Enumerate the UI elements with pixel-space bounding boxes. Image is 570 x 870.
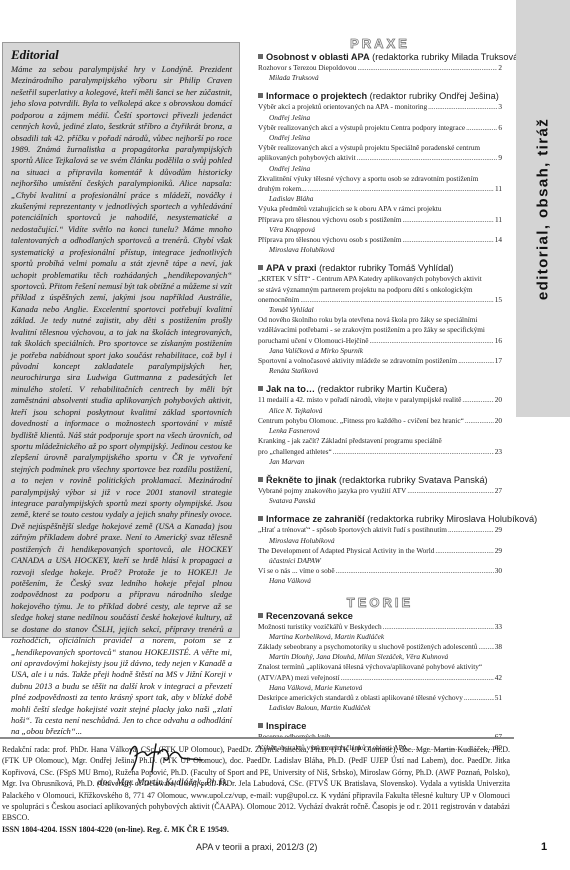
toc-entry-author: Tomáš Vyhlídal (258, 305, 502, 315)
toc-entry-line: (ATV/APA) mezi veřejností42 (258, 673, 502, 683)
editorial-box: Editorial Máme za sebou paralympijské hr… (2, 42, 240, 638)
toc-entry-line: onemocněním15 (258, 295, 502, 305)
toc-entry[interactable]: Ví se o nás ... víme o sobě30Hana Válkov… (258, 566, 502, 586)
toc-entry-title: onemocněním (258, 295, 299, 305)
toc-entry-author: Hana Válková (258, 576, 502, 586)
toc-entry-line: druhým rokem...11 (258, 184, 502, 194)
toc-entry-author: Miroslava Holubíková (258, 245, 502, 255)
dot-leader (464, 693, 494, 703)
dot-leader (333, 447, 494, 457)
toc-group: Řekněte to jinak (redaktorka rubriky Sva… (258, 475, 502, 506)
toc-entry-line: aplikovaných pohybových aktivit9 (258, 153, 502, 163)
toc-entry-title: Rozhovor s Terezou Diepoldovou (258, 63, 356, 73)
toc-page-number: 9 (498, 153, 502, 163)
square-bullet-icon (258, 516, 263, 521)
rubric-name: Jak na to… (266, 384, 315, 394)
toc-page-number: 30 (495, 566, 502, 576)
toc-group: Jak na to… (redaktor rubriky Martin Kuče… (258, 384, 502, 466)
toc-page-number: 2 (498, 63, 502, 73)
toc-entry-title-line: Zkvalitnění výuky tělesné výchovy a spor… (258, 174, 502, 184)
dot-leader (402, 215, 493, 225)
toc-entry-title-line: se stává významným partnerem projektu na… (258, 285, 502, 295)
toc-entry-author: Martin Dlouhý, Jana Dlouhá, Milan Slezáč… (258, 652, 502, 662)
dot-leader (465, 416, 494, 426)
impressum: Redakční rada: prof. PhDr. Hana Válková,… (2, 744, 510, 835)
dot-leader (383, 622, 494, 632)
toc-entry[interactable]: The Development of Adapted Physical Acti… (258, 546, 502, 566)
toc-section-heading: PRAXE (258, 36, 502, 51)
toc-entry[interactable]: Vybrané pojmy znakového jazyka pro využi… (258, 486, 502, 506)
toc-entry-title-line: Od nového školního roku byla otevřena no… (258, 315, 502, 325)
square-bullet-icon (258, 477, 263, 482)
toc-entry-title: aplikovaných pohybových aktivit (258, 153, 356, 163)
toc-entry-title: Sportovní a volnočasové aktivity mládeže… (258, 356, 457, 366)
toc-entry[interactable]: 11 medailí a 42. místo v pořadí národů, … (258, 395, 502, 415)
toc-entry-title: Vybrané pojmy znakového jazyka pro využi… (258, 486, 406, 496)
toc-entry-author: Renáta Staňková (258, 366, 502, 376)
toc-group-title: Recenzovaná sekce (258, 611, 502, 622)
toc-entry-line: Sportovní a volnočasové aktivity mládeže… (258, 356, 502, 366)
toc-page-number: 16 (495, 336, 502, 346)
editorial-title: Editorial (11, 47, 232, 63)
rubric-name: Osobnost v oblasti APA (266, 52, 370, 62)
rubric-editor: (redaktor rubriky Tomáš Vyhlídal) (317, 263, 454, 273)
toc-entry-title: Příprava pro tělesnou výchovu osob s pos… (258, 235, 401, 245)
rubric-name: Inspirace (266, 721, 306, 731)
toc-entry[interactable]: Deskripce amerických standardů z oblasti… (258, 693, 502, 713)
dot-leader (466, 123, 497, 133)
toc-page-number: 15 (495, 295, 502, 305)
toc-entry-line: „Hrať a trénovať“ - spôsob športových ak… (258, 525, 502, 535)
dot-leader (357, 63, 497, 73)
dot-leader (435, 546, 493, 556)
dot-leader (478, 642, 493, 652)
toc-entry-line: The Development of Adapted Physical Acti… (258, 546, 502, 556)
square-bullet-icon (258, 54, 263, 59)
toc-entry-line: Příprava pro tělesnou výchovu osob s pos… (258, 235, 502, 245)
table-of-contents: PRAXEOsobnost v oblasti APA (redaktorka … (258, 36, 502, 761)
toc-entry-author: Hana Válková, Marie Kunetová (258, 683, 502, 693)
toc-entry-title: Příprava pro tělesnou výchovu osob s pos… (258, 215, 401, 225)
dot-leader (462, 395, 493, 405)
issn-line: ISSN 1804-4204. ISSN 1804-4220 (on-line)… (2, 824, 510, 835)
rubric-editor: (redaktorka rubriky Miroslava Holubíková… (365, 514, 538, 524)
toc-page-number: 42 (495, 673, 502, 683)
toc-entry-title-line: Výběr realizovaných akcí a výstupů proje… (258, 143, 502, 153)
toc-group-title: Informace ze zahraničí (redaktorka rubri… (258, 514, 502, 525)
toc-group: Osobnost v oblasti APA (redaktorka rubri… (258, 52, 502, 83)
rubric-name: Informace ze zahraničí (266, 514, 365, 524)
toc-page-number: 33 (495, 622, 502, 632)
toc-entry-line: Vybrané pojmy znakového jazyka pro využi… (258, 486, 502, 496)
toc-entry-title: (ATV/APA) mezi veřejností (258, 673, 340, 683)
toc-entry-title: „Hrať a trénovať“ - spôsob športových ak… (258, 525, 447, 535)
toc-entry-line: Příprava pro tělesnou výchovu osob s pos… (258, 215, 502, 225)
toc-entry-author: Martina Korbelíková, Martin Kudláček (258, 632, 502, 642)
toc-entry-line: Možnosti turistiky vozíčkářů v Beskydech… (258, 622, 502, 632)
toc-page-number: 29 (495, 525, 502, 535)
dot-leader (308, 184, 494, 194)
toc-entry-title-line: Kranking - jak začít? Základní představe… (258, 436, 502, 446)
dot-leader (407, 486, 493, 496)
toc-entry-author: Lenka Fasnerová (258, 426, 502, 436)
toc-entry-author: Ondřej Ješina (258, 133, 502, 143)
toc-entry-title: Výběr realizovaných akcí a výstupů proje… (258, 123, 465, 133)
toc-entry[interactable]: Příprava pro tělesnou výchovu osob s pos… (258, 235, 502, 255)
rubric-name: Řekněte to jinak (266, 475, 336, 485)
square-bullet-icon (258, 386, 263, 391)
dot-leader (448, 525, 494, 535)
toc-entry-title-line: Výuka předmětů vztahujících se k oboru A… (258, 204, 502, 214)
rubric-name: Recenzovaná sekce (266, 611, 353, 621)
footer-divider (0, 737, 514, 739)
toc-page-number: 20 (495, 395, 502, 405)
toc-group: Recenzovaná sekceMožnosti turistiky vozí… (258, 611, 502, 714)
toc-entry[interactable]: „KRTEK V SÍTI“ - Centrum APA Katedry apl… (258, 274, 502, 315)
toc-group: Informace o projektech (redaktor rubriky… (258, 91, 502, 255)
impressum-text: Redakční rada: prof. PhDr. Hana Válková,… (2, 745, 510, 822)
toc-entry-author: Ondřej Ješina (258, 113, 502, 123)
rubric-editor: (redaktorka rubriky Svatava Panská) (336, 475, 487, 485)
toc-page-number: 11 (495, 184, 502, 194)
toc-entry-line: Základy sebeobrany a psychomotoriky u sl… (258, 642, 502, 652)
dot-leader (336, 566, 494, 576)
toc-group-title: Informace o projektech (redaktor rubriky… (258, 91, 502, 102)
square-bullet-icon (258, 93, 263, 98)
toc-entry[interactable]: Výuka předmětů vztahujících se k oboru A… (258, 204, 502, 235)
toc-group-title: Jak na to… (redaktor rubriky Martin Kuče… (258, 384, 502, 395)
side-tab-label: editorial, obsah, tiráž (535, 117, 552, 299)
section-side-tab: editorial, obsah, tiráž (516, 0, 570, 417)
toc-entry-title-line: vzdělávacími potřebami - se zrakovým pos… (258, 325, 502, 335)
toc-page-number: 20 (495, 416, 502, 426)
toc-entry[interactable]: Výběr realizovaných akcí a výstupů proje… (258, 123, 502, 143)
toc-entry-author: Svatava Panská (258, 496, 502, 506)
toc-group-title: Osobnost v oblasti APA (redaktorka rubri… (258, 52, 502, 63)
toc-entry-title: 11 medailí a 42. místo v pořadí národů, … (258, 395, 461, 405)
dot-leader (369, 336, 493, 346)
journal-citation: APA v teorii a praxi, 2012/3 (2) (196, 842, 317, 852)
toc-entry[interactable]: Základy sebeobrany a psychomotoriky u sl… (258, 642, 502, 662)
toc-entry-author: Milada Truksová (258, 73, 502, 83)
toc-entry-title: pro „challenged athletes“ (258, 447, 332, 457)
toc-entry-title: Výběr akcí a projektů orientovaných na A… (258, 102, 427, 112)
toc-entry[interactable]: Rozhovor s Terezou Diepoldovou2Milada Tr… (258, 63, 502, 83)
toc-entry-author: Jan Marvan (258, 457, 502, 467)
toc-entry-line: Ví se o nás ... víme o sobě30 (258, 566, 502, 576)
rubric-editor: (redaktorka rubriky Milada Truksová) (370, 52, 522, 62)
toc-page-number: 38 (495, 642, 502, 652)
toc-group-title: Řekněte to jinak (redaktorka rubriky Sva… (258, 475, 502, 486)
toc-entry-title: Možnosti turistiky vozíčkářů v Beskydech (258, 622, 382, 632)
dot-leader (458, 356, 494, 366)
toc-entry-author: Alice N. Tejkalová (258, 406, 502, 416)
toc-entry-line: pro „challenged athletes“23 (258, 447, 502, 457)
toc-group-title: Inspirace (258, 721, 502, 732)
toc-entry-line: Výběr realizovaných akcí a výstupů proje… (258, 123, 502, 133)
toc-entry-title: Základy sebeobrany a psychomotoriky u sl… (258, 642, 477, 652)
dot-leader (428, 102, 497, 112)
toc-entry[interactable]: Zkvalitnění výuky tělesné výchovy a spor… (258, 174, 502, 205)
toc-entry-title-line: Znalost termínů „aplikovaná tělesná vých… (258, 662, 502, 672)
toc-page-number: 3 (498, 102, 502, 112)
toc-entry-title-line: „KRTEK V SÍTI“ - Centrum APA Katedry apl… (258, 274, 502, 284)
dot-leader (341, 673, 494, 683)
toc-page-number: 11 (495, 215, 502, 225)
toc-page-number: 29 (495, 546, 502, 556)
toc-entry-author: Jana Valíčková a Mirko Spurník (258, 346, 502, 356)
toc-entry[interactable]: Centrum pohybu Olomouc. „Fitness pro kaž… (258, 416, 502, 436)
toc-page-number: 23 (495, 447, 502, 457)
toc-entry[interactable]: Kranking - jak začít? Základní představe… (258, 436, 502, 467)
toc-entry-line: Výběr akcí a projektů orientovaných na A… (258, 102, 502, 112)
toc-entry-author: Ladislav Baloun, Martin Kudláček (258, 703, 502, 713)
toc-page-number: 27 (495, 486, 502, 496)
toc-entry-line: 11 medailí a 42. místo v pořadí národů, … (258, 395, 502, 405)
toc-entry-author: Ondřej Ješina (258, 164, 502, 174)
rubric-name: Informace o projektech (266, 91, 367, 101)
toc-entry[interactable]: Možnosti turistiky vozíčkářů v Beskydech… (258, 622, 502, 642)
toc-page-number: 6 (498, 123, 502, 133)
dot-leader (357, 153, 498, 163)
toc-page-number: 14 (495, 235, 502, 245)
toc-page-number: 51 (495, 693, 502, 703)
square-bullet-icon (258, 265, 263, 270)
toc-entry-line: Rozhovor s Terezou Diepoldovou2 (258, 63, 502, 73)
toc-entry[interactable]: Znalost termínů „aplikovaná tělesná vých… (258, 662, 502, 693)
toc-page-number: 17 (495, 356, 502, 366)
toc-entry-author: Věra Knappová (258, 225, 502, 235)
toc-entry-title: druhým rokem... (258, 184, 307, 194)
rubric-name: APA v praxi (266, 263, 317, 273)
toc-entry[interactable]: Sportovní a volnočasové aktivity mládeže… (258, 356, 502, 376)
toc-entry-line: poruchami učení v Olomouci-Hejčíně16 (258, 336, 502, 346)
editorial-body: Máme za sebou paralympijské hry v Londýn… (11, 64, 232, 738)
dot-leader (402, 235, 493, 245)
toc-entry[interactable]: Výběr akcí a projektů orientovaných na A… (258, 102, 502, 122)
toc-entry[interactable]: Výběr realizovaných akcí a výstupů proje… (258, 143, 502, 174)
square-bullet-icon (258, 613, 263, 618)
toc-entry-author: účastníci DAPAW (258, 556, 502, 566)
page-number: 1 (541, 841, 547, 853)
dot-leader (300, 295, 493, 305)
rubric-editor: (redaktor rubriky Ondřej Ješina) (367, 91, 499, 101)
toc-group-title: APA v praxi (redaktor rubriky Tomáš Vyhl… (258, 263, 502, 274)
rubric-editor: (redaktor rubriky Martin Kučera) (315, 384, 447, 394)
toc-entry-author: Miroslava Holubíková (258, 536, 502, 546)
toc-entry-title: poruchami učení v Olomouci-Hejčíně (258, 336, 368, 346)
toc-entry-title: Deskripce amerických standardů z oblasti… (258, 693, 463, 703)
toc-section-heading: TEORIE (258, 595, 502, 610)
toc-group: Informace ze zahraničí (redaktorka rubri… (258, 514, 502, 586)
toc-entry-line: Centrum pohybu Olomouc. „Fitness pro kaž… (258, 416, 502, 426)
toc-entry-author: Ladislav Bláha (258, 194, 502, 204)
toc-entry[interactable]: „Hrať a trénovať“ - spôsob športových ak… (258, 525, 502, 545)
toc-entry-line: Deskripce amerických standardů z oblasti… (258, 693, 502, 703)
toc-group: APA v praxi (redaktor rubriky Tomáš Vyhl… (258, 263, 502, 376)
toc-entry-title: Ví se o nás ... víme o sobě (258, 566, 335, 576)
toc-entry-title: The Development of Adapted Physical Acti… (258, 546, 434, 556)
toc-entry-title: Centrum pohybu Olomouc. „Fitness pro kaž… (258, 416, 464, 426)
toc-entry[interactable]: Od nového školního roku byla otevřena no… (258, 315, 502, 356)
square-bullet-icon (258, 723, 263, 728)
